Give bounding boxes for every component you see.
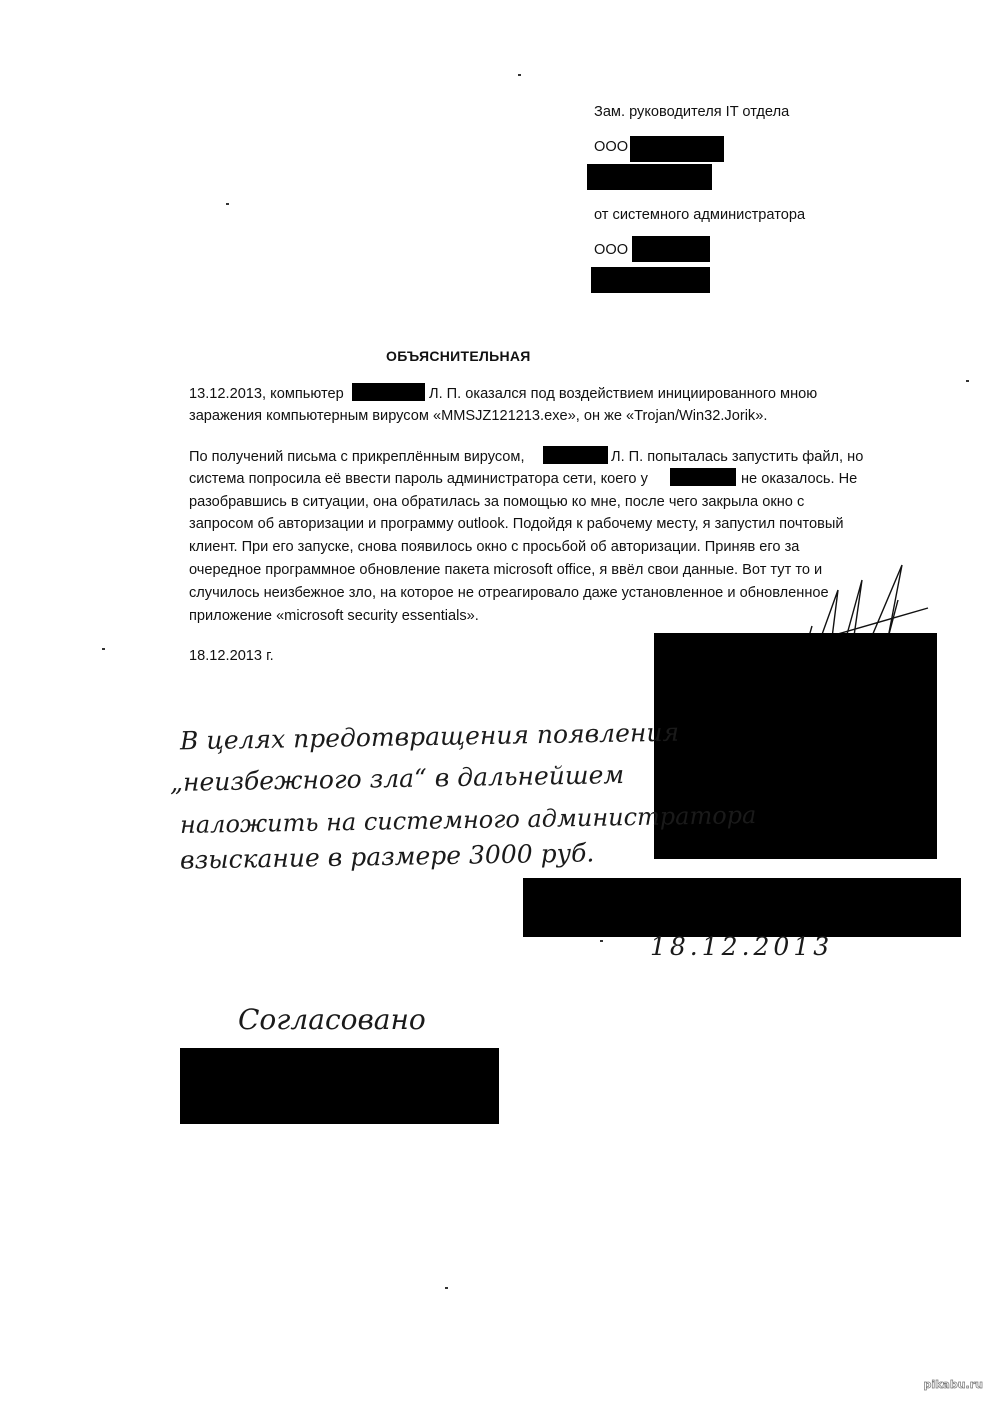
watermark: pikabu.ru [923,1378,983,1391]
para2-line7: случилось неизбежное зло, на которое не … [189,582,829,604]
scan-speck [600,940,603,942]
document-date: 18.12.2013 г. [189,645,274,667]
recipient-company-prefix: ООО [594,136,628,158]
scan-speck [445,1287,448,1289]
redacted-recipient-company [630,136,724,162]
scan-speck [966,380,969,382]
para2-line3: разобравшись в ситуации, она обратилась … [189,491,804,513]
recipient-position: Зам. руководителя IT отдела [594,101,789,123]
document-title: ОБЪЯСНИТЕЛЬНАЯ [386,348,531,364]
para1-line2: заражения компьютерным вирусом «MMSJZ121… [189,405,767,427]
para1-line1-start: 13.12.2013, компьютер [189,383,344,405]
redacted-approver [180,1048,499,1124]
para2-line2-start: система попросила её ввести пароль админ… [189,468,648,490]
approval-label: Согласовано [238,1003,426,1036]
scan-speck [102,648,105,650]
para2-line1-start: По получений письма с прикреплённым виру… [189,446,525,468]
para2-line1-end: Л. П. попыталась запустить файл, но [611,446,863,468]
para2-line8: приложение «microsoft security essential… [189,605,479,627]
redacted-sender-company [632,236,710,262]
resolution-line-2: „неизбежного зла“ в дальнейшем [170,760,625,797]
redacted-employee-surname-3 [670,468,736,486]
resolution-line-1: В целях предотвращения появления [180,718,679,756]
redacted-employee-surname [352,383,425,401]
para2-line5: клиент. При его запуске, снова появилось… [189,536,799,558]
redacted-recipient-name [587,164,712,190]
para2-line2-end: не оказалось. Не [741,468,857,490]
redacted-employee-surname-2 [543,446,608,464]
redacted-sender-name [591,267,710,293]
para2-line6: очередное программное обновление пакета … [189,559,822,581]
redacted-resolution-signer [523,878,961,937]
para1-line1-end: Л. П. оказался под воздействием иницииро… [429,383,817,405]
resolution-date: 18.12.2013 [650,932,833,961]
scan-speck [518,74,521,76]
scan-speck [226,203,229,205]
para2-line4: запросом об авторизации и программу outl… [189,513,843,535]
sender-position: от системного администратора [594,204,805,226]
resolution-line-4: взыскание в размере 3000 руб. [180,838,595,874]
sender-company-prefix: ООО [594,239,628,261]
